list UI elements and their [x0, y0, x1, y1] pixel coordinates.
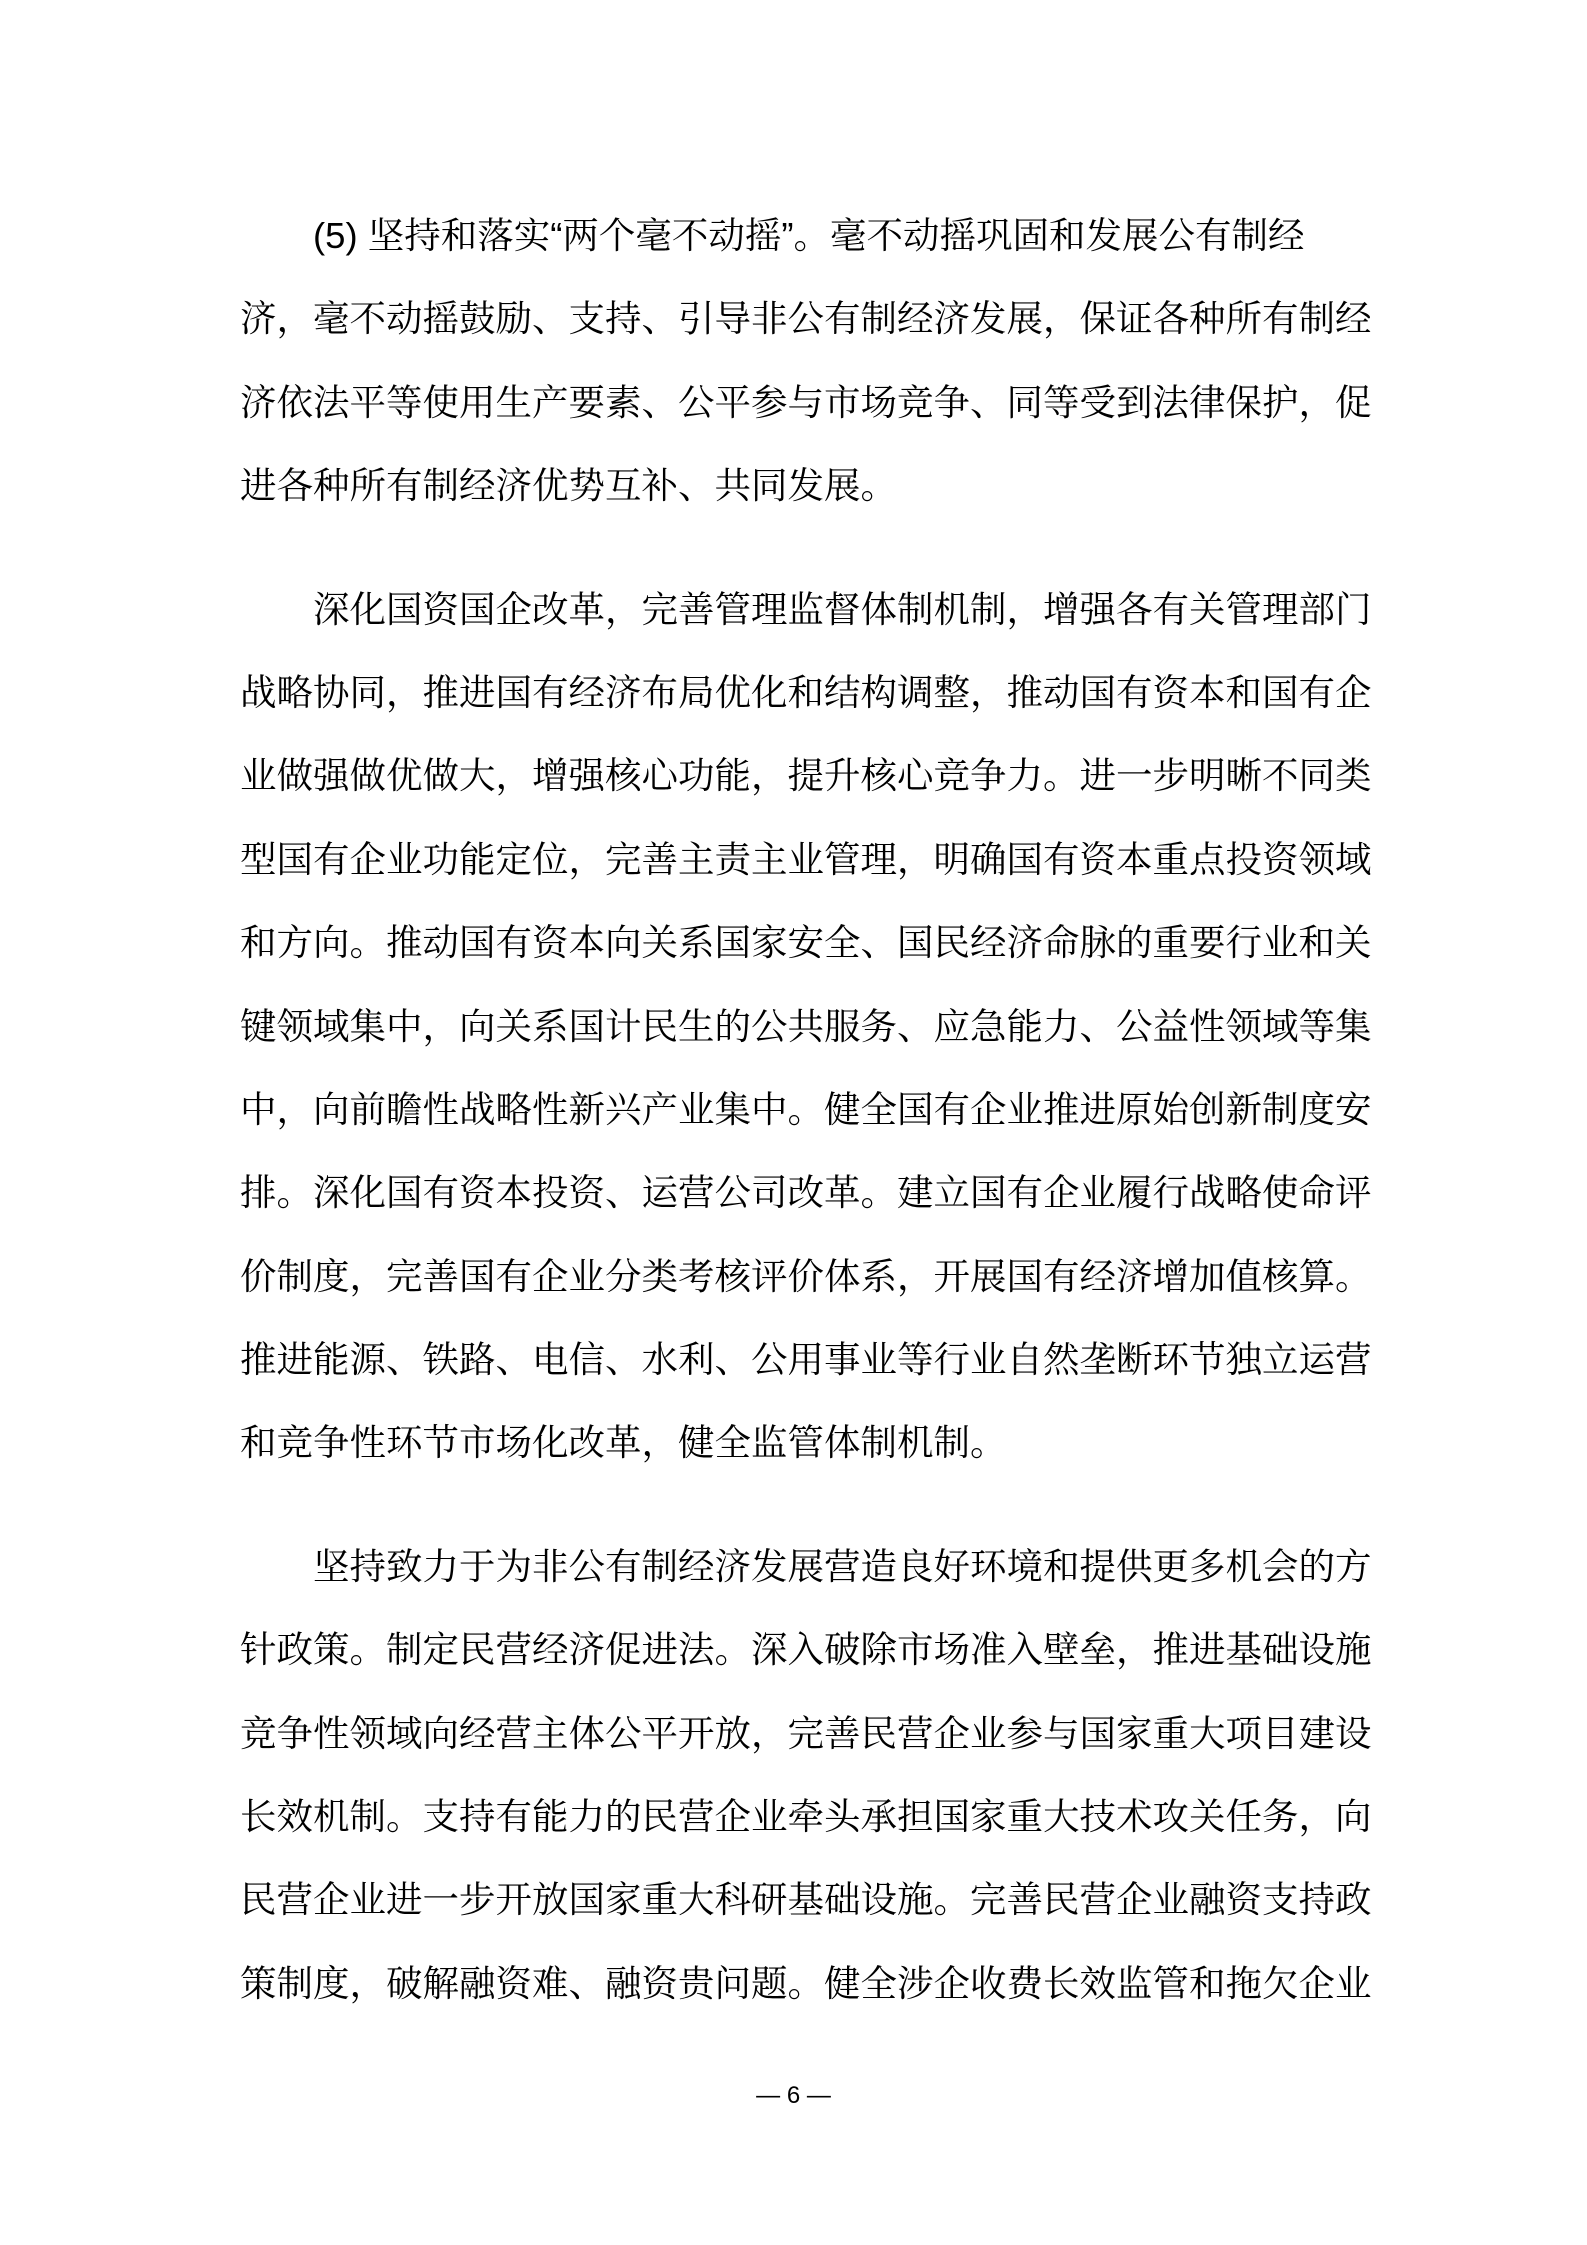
body-text-line: 和竞争性环节市场化改革，健全监管体制机制。 — [240, 1401, 1385, 1484]
paragraph-1: (5) 坚持和落实“两个毫不动摇”。毫不动摇巩固和发展公有制经 济，毫不动摇鼓励… — [240, 194, 1385, 528]
body-text-line: 推进能源、铁路、电信、水利、公用事业等行业自然垄断环节独立运营 — [240, 1318, 1385, 1401]
page-number: — 6 — — [0, 2078, 1587, 2114]
body-text-line: 竞争性领域向经营主体公平开放，完善民营企业参与国家重大项目建设 — [240, 1692, 1385, 1775]
document-body: (5) 坚持和落实“两个毫不动摇”。毫不动摇巩固和发展公有制经 济，毫不动摇鼓励… — [240, 194, 1385, 2025]
body-text-line: 深化国资国企改革，完善管理监督体制机制，增强各有关管理部门 — [240, 568, 1385, 651]
body-text-line: (5) 坚持和落实“两个毫不动摇”。毫不动摇巩固和发展公有制经 — [240, 194, 1385, 277]
body-text-line: 业做强做优做大，增强核心功能，提升核心竞争力。进一步明晰不同类 — [240, 734, 1385, 817]
body-text-line: 键领域集中，向关系国计民生的公共服务、应急能力、公益性领域等集 — [240, 985, 1385, 1068]
body-text-line: 针政策。制定民营经济促进法。深入破除市场准入壁垒，推进基础设施 — [240, 1608, 1385, 1691]
body-text-line: 战略协同，推进国有经济布局优化和结构调整，推动国有资本和国有企 — [240, 651, 1385, 734]
body-text-line: 价制度，完善国有企业分类考核评价体系，开展国有经济增加值核算。 — [240, 1235, 1385, 1318]
body-text-line: 长效机制。支持有能力的民营企业牵头承担国家重大技术攻关任务，向 — [240, 1775, 1385, 1858]
body-text-line: 策制度，破解融资难、融资贵问题。健全涉企收费长效监管和拖欠企业 — [240, 1942, 1385, 2025]
paragraph-2: 深化国资国企改革，完善管理监督体制机制，增强各有关管理部门 战略协同，推进国有经… — [240, 568, 1385, 1485]
body-text-line: 民营企业进一步开放国家重大科研基础设施。完善民营企业融资支持政 — [240, 1858, 1385, 1941]
body-text-line: 济，毫不动摇鼓励、支持、引导非公有制经济发展，保证各种所有制经 — [240, 277, 1385, 360]
body-text-line: 进各种所有制经济优势互补、共同发展。 — [240, 444, 1385, 527]
document-page: (5) 坚持和落实“两个毫不动摇”。毫不动摇巩固和发展公有制经 济，毫不动摇鼓励… — [0, 0, 1587, 2245]
paragraph-3: 坚持致力于为非公有制经济发展营造良好环境和提供更多机会的方 针政策。制定民营经济… — [240, 1525, 1385, 2025]
body-text-line: 型国有企业功能定位，完善主责主业管理，明确国有资本重点投资领域 — [240, 818, 1385, 901]
body-text-line: 排。深化国有资本投资、运营公司改革。建立国有企业履行战略使命评 — [240, 1151, 1385, 1234]
body-text-line: 坚持致力于为非公有制经济发展营造良好环境和提供更多机会的方 — [240, 1525, 1385, 1608]
body-text-line: 和方向。推动国有资本向关系国家安全、国民经济命脉的重要行业和关 — [240, 901, 1385, 984]
body-text-line: 中，向前瞻性战略性新兴产业集中。健全国有企业推进原始创新制度安 — [240, 1068, 1385, 1151]
body-text-line: 济依法平等使用生产要素、公平参与市场竞争、同等受到法律保护，促 — [240, 361, 1385, 444]
